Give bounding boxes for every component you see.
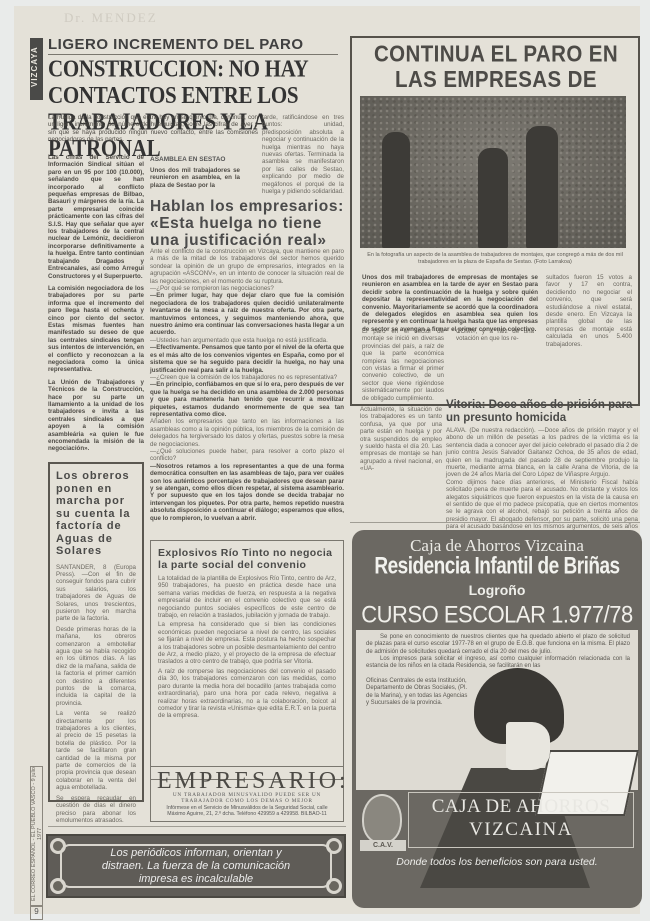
asamblea-section: ASAMBLEA EN SESTAO Unos dos mil trabajad… xyxy=(150,156,240,189)
bleed-through-header: Dr. MENDEZ xyxy=(64,10,158,26)
ad-body: Se pone en conocimiento de nuestros clie… xyxy=(366,634,630,670)
hablan-body: Ante el conflicto de la construcción en … xyxy=(150,248,344,522)
banner-line: Los periódicos informan, orientan y xyxy=(102,847,290,860)
montaje-article: CONTINUA EL PARO EN LAS EMPRESAS DE MONT… xyxy=(350,36,640,406)
section-divider xyxy=(350,522,640,523)
obreros-paragraph: SANTANDER, 8 (Europa Press). —Con el fin… xyxy=(56,564,136,623)
rio-tinto-paragraph: La empresa ha considerado que si bien la… xyxy=(158,621,336,665)
asamblea-text: Unos dos mil trabajadores se reunieron e… xyxy=(150,167,240,189)
ad-logo-line-2: VIZCAINA xyxy=(408,819,634,841)
rio-tinto-headline: Explosivos Río Tinto no negocia la parte… xyxy=(158,547,336,571)
asamblea-subhead: ASAMBLEA EN SESTAO xyxy=(150,156,240,163)
empresario-info: Infórmese en el Servicio de Minusválidos… xyxy=(157,805,337,817)
hablan-paragraph: Añaden los empresarios que tanto en las … xyxy=(150,418,344,448)
banner-frame: Los periódicos informan, orientan y dist… xyxy=(60,844,332,888)
ad-logo-line-1: CAJA DE AHORROS xyxy=(408,796,634,818)
hablan-answer: —Efectivamente. Pensamos que tanto por e… xyxy=(150,344,344,374)
boy-illustration-face xyxy=(506,722,550,770)
hablan-headline: Hablan los empresarios: «Esta huelga no … xyxy=(150,198,346,249)
ad-paragraph: Se pone en conocimiento de nuestros clie… xyxy=(366,634,630,656)
ad-tagline: Donde todos los beneficios son para uste… xyxy=(352,856,642,868)
lead-column-1: Las cifras del Servicio de Información S… xyxy=(48,154,144,453)
rio-tinto-article: Explosivos Río Tinto no negocia la parte… xyxy=(150,540,344,780)
rio-tinto-paragraph: La totalidad de la plantilla de Explosiv… xyxy=(158,575,336,619)
crowd-assembly-photo xyxy=(360,96,626,248)
rio-tinto-paragraph: A raíz de romperse las negociaciones del… xyxy=(158,668,336,720)
hablan-answer: —Nosotros retamos a los representantes a… xyxy=(150,463,344,522)
banner-text: Los periódicos informan, orientan y dist… xyxy=(102,847,290,886)
empresario-subtitle: UN TRABAJADOR MINUSVALIDO PUEDE SER UN T… xyxy=(157,792,337,804)
hablan-question: —Ustedes han argumentado que esta huelga… xyxy=(150,337,344,344)
hablan-answer: —En primer lugar, hay que dejar claro qu… xyxy=(150,292,344,336)
ad-paragraph: Los impresos para solicitar el ingreso, … xyxy=(366,656,630,671)
cav-crest-icon xyxy=(362,794,402,844)
montaje-col-1-continued: Actualmente, la situación de los trabaja… xyxy=(360,406,442,473)
lead-paragraph: Las cifras del Servicio de Información S… xyxy=(48,154,144,280)
person-silhouette xyxy=(526,126,558,248)
obreros-headline: Los obreros ponen en marcha por su cuent… xyxy=(56,470,136,558)
hablan-answer: —En principio, confiábamos en que sí lo … xyxy=(150,381,344,418)
lead-kicker: LIGERO INCREMENTO DEL PARO xyxy=(48,36,304,53)
caja-ahorros-ad: Caja de Ahorros Vizcaina Residencia Infa… xyxy=(352,530,642,908)
photo-caption: En la fotografía un aspecto de la asambl… xyxy=(360,252,630,265)
lead-paragraph: La Unión de Trabajadores y Técnicos de l… xyxy=(48,379,144,453)
ad-offices: Oficinas Centrales de esta Institución, … xyxy=(366,678,470,707)
obreros-article: Los obreros ponen en marcha por su cuent… xyxy=(48,462,144,802)
hablan-question: —¿Por qué se rompieron las negociaciones… xyxy=(150,285,344,292)
hablan-question: —¿Creen que la comisión de los trabajado… xyxy=(150,374,344,381)
obreros-paragraph: Desde primeras horas de la mañana, los o… xyxy=(56,626,136,707)
vitoria-paragraph: ALAVA. (De nuestra redacción). —Doce año… xyxy=(446,427,638,479)
montaje-lede: Unos dos mil trabajadores de empresas de… xyxy=(362,274,538,333)
obreros-paragraph: Se espera recaudar en cuestión de días e… xyxy=(56,795,136,825)
empresario-ad: EMPRESARIO: UN TRABAJADOR MINUSVALIDO PU… xyxy=(150,766,344,822)
section-divider xyxy=(48,826,346,827)
person-silhouette xyxy=(478,148,508,248)
person-silhouette xyxy=(382,132,410,248)
empresario-title: EMPRESARIO: xyxy=(157,770,337,792)
ad-course: CURSO ESCOLAR 1.977/78 xyxy=(352,601,642,630)
montaje-col-2: COMI», y a raíz de una votación en que l… xyxy=(456,328,534,343)
ad-headline: Residencia Infantil de Briñas xyxy=(352,553,642,581)
newspaper-page: Dr. MENDEZ VIZCAYA EL CORREO ESPAÑOL - E… xyxy=(14,6,640,914)
ad-illustration-panel: Se pone en conocimiento de nuestros clie… xyxy=(356,630,638,790)
newspaper-promo-banner: Los periódicos informan, orientan y dist… xyxy=(46,834,346,898)
hablan-paragraph: Ante el conflicto de la construcción en … xyxy=(150,248,344,285)
banner-line: distraen. La fuerza de la comunicación xyxy=(102,860,290,873)
page-number: 9 xyxy=(30,906,43,920)
footer-strip: EL CORREO ESPAÑOL - EL PUEBLO VASCO - 9 … xyxy=(30,766,43,906)
section-tag: VIZCAYA xyxy=(30,38,43,100)
ad-city: Logroño xyxy=(352,582,642,598)
banner-line: impresa es incalculable xyxy=(102,873,290,886)
obreros-paragraph: La venta se realizó directamente por los… xyxy=(56,710,136,791)
crest-label: C.A.V. xyxy=(360,840,406,851)
lead-lede-right: tarde, ratificándose en tres puntos: uni… xyxy=(262,114,344,195)
hablan-question: —¿Qué soluciones puede haber, para resol… xyxy=(150,448,344,463)
lead-lede: La huelga de la construcción que entra h… xyxy=(48,114,258,144)
lead-paragraph: La comisión negociadora de los trabajado… xyxy=(48,285,144,374)
montaje-right-col: sultados fueron 15 votos a favor y 17 en… xyxy=(546,274,632,348)
vitoria-headline: Vitoria: Doce años de prisión para un pr… xyxy=(446,399,638,425)
montaje-col-1: El paro en el sector de montaje se inici… xyxy=(362,328,444,402)
